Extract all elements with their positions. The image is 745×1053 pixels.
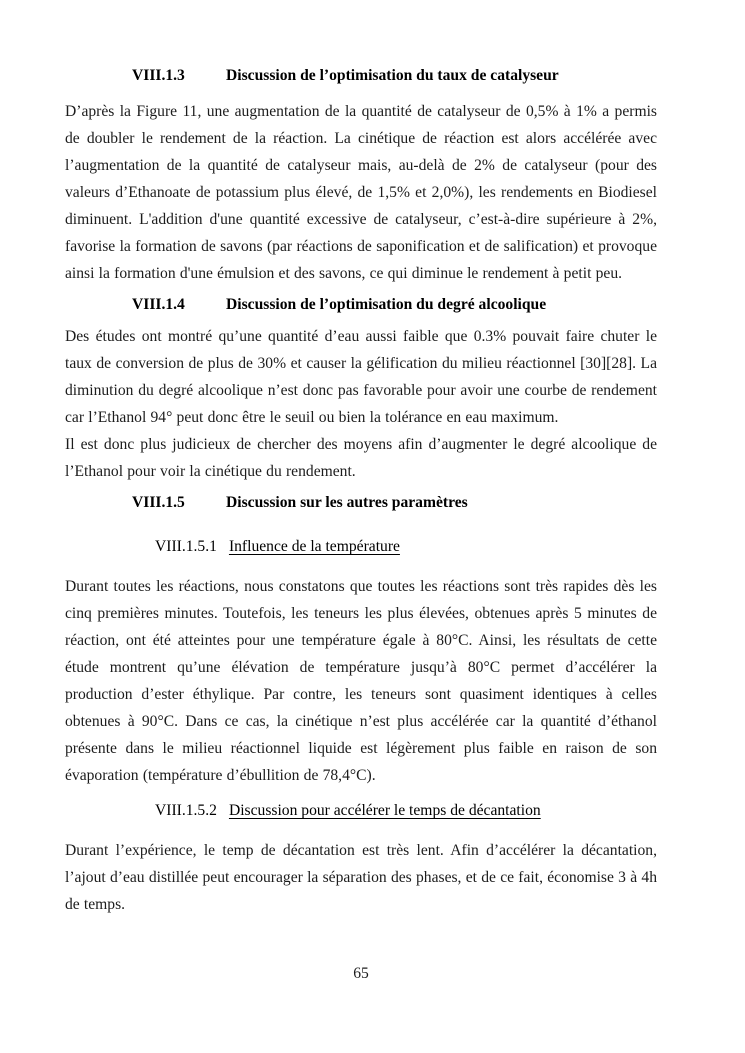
paragraph-catalyst-discussion: D’après la Figure 11, une augmentation d…	[65, 98, 657, 287]
section-number: VIII.1.5	[132, 493, 226, 513]
section-number: VIII.1.4	[132, 295, 226, 315]
section-heading-viii-1-4: VIII.1.4 Discussion de l’optimisation du…	[65, 295, 657, 315]
document-page: VIII.1.3 Discussion de l’optimisation du…	[0, 0, 745, 1053]
subsection-title: Influence de la température	[229, 537, 400, 557]
paragraph-temperature-influence: Durant toutes les réactions, nous consta…	[65, 573, 657, 789]
subsection-number: VIII.1.5.2	[155, 801, 217, 821]
paragraph-decantation-time: Durant l’expérience, le temp de décantat…	[65, 837, 657, 918]
section-title: Discussion de l’optimisation du taux de …	[226, 66, 559, 86]
subsection-title: Discussion pour accélérer le temps de dé…	[229, 801, 541, 821]
section-heading-viii-1-5: VIII.1.5 Discussion sur les autres param…	[65, 493, 657, 513]
section-heading-viii-1-3: VIII.1.3 Discussion de l’optimisation du…	[65, 66, 657, 86]
subsection-heading-viii-1-5-2: VIII.1.5.2 Discussion pour accélérer le …	[65, 801, 657, 821]
section-title: Discussion sur les autres paramètres	[226, 493, 468, 513]
subsection-heading-viii-1-5-1: VIII.1.5.1 Influence de la température	[65, 537, 657, 557]
subsection-number: VIII.1.5.1	[155, 537, 217, 557]
section-title: Discussion de l’optimisation du degré al…	[226, 295, 546, 315]
section-number: VIII.1.3	[132, 66, 226, 86]
paragraph-alcohol-degree-1: Des études ont montré qu’une quantité d’…	[65, 323, 657, 431]
paragraph-alcohol-degree-2: Il est donc plus judicieux de chercher d…	[65, 431, 657, 485]
page-number: 65	[65, 960, 657, 987]
